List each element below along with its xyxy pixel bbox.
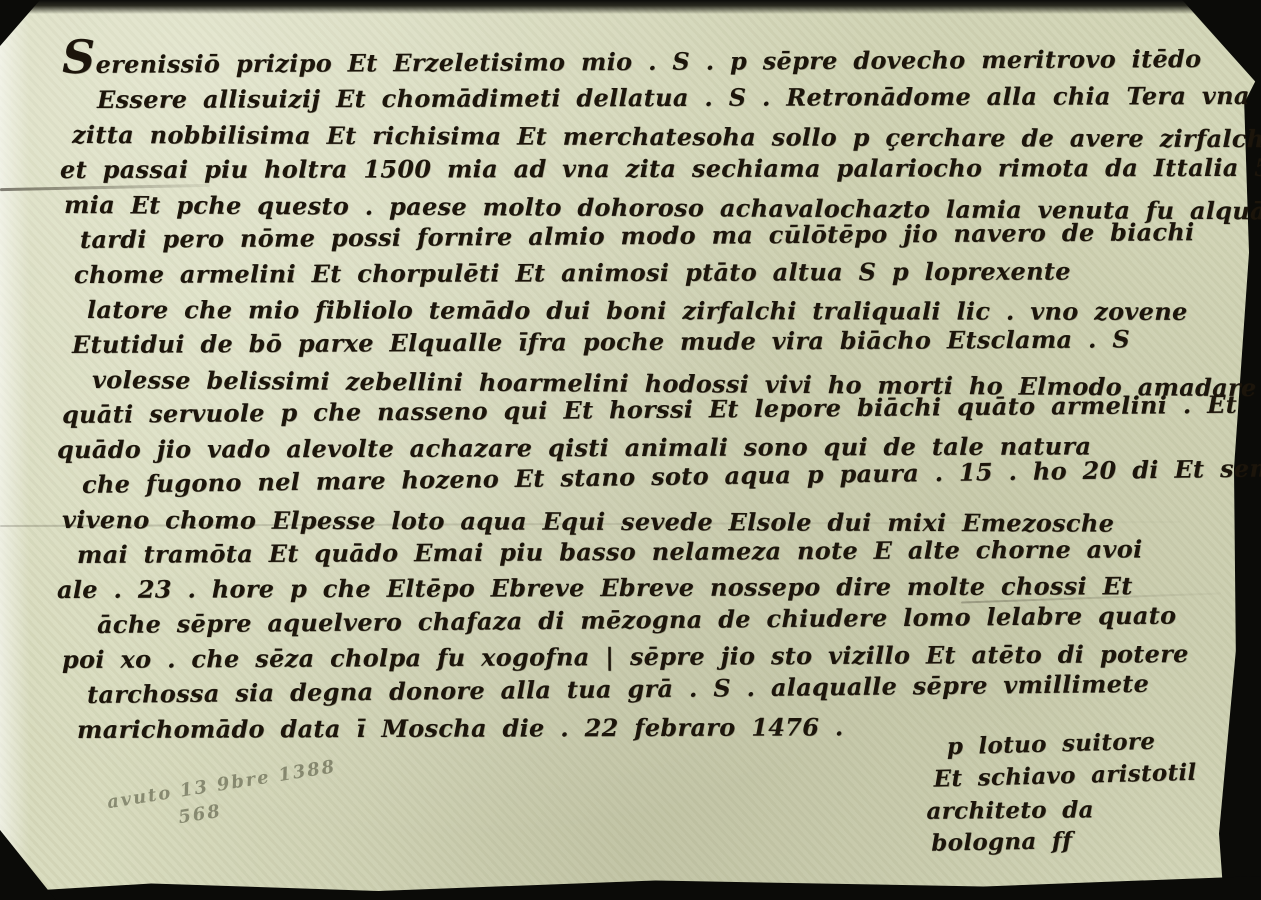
letter-line: Essere allisuizij Et chomādimeti dellatu… [97, 78, 1247, 117]
signature-line: architeto da [926, 793, 1197, 827]
signature-block: p lotuo suitore Et schiavo aristotil arc… [946, 725, 1198, 859]
letter-body: Serenissiō prizipo Et Erzeletisimo mio .… [52, 40, 1247, 747]
signature-line: bologna ff [931, 823, 1198, 860]
signature-line: Et schiavo aristotil [933, 757, 1197, 796]
letter-line: tardi pero nōme possi fornire almio modo… [80, 214, 1247, 257]
letter-line: Serenissiō prizipo Et Erzeletisimo mio .… [62, 34, 1247, 82]
manuscript-photo: Serenissiō prizipo Et Erzeletisimo mio .… [0, 0, 1261, 900]
letter-line: mai tramōta Et quādo Emai piu basso nela… [77, 531, 1247, 572]
photo-edge-top [0, 0, 1261, 14]
letter-line: Etutidui de bō parxe Elqualle īfra poche… [72, 321, 1247, 362]
letter-line: chome armelini Et chorpulēti Et animosi … [74, 253, 1247, 292]
letter-line: et passai piu holtra 1500 mia ad vna zit… [60, 150, 1247, 187]
